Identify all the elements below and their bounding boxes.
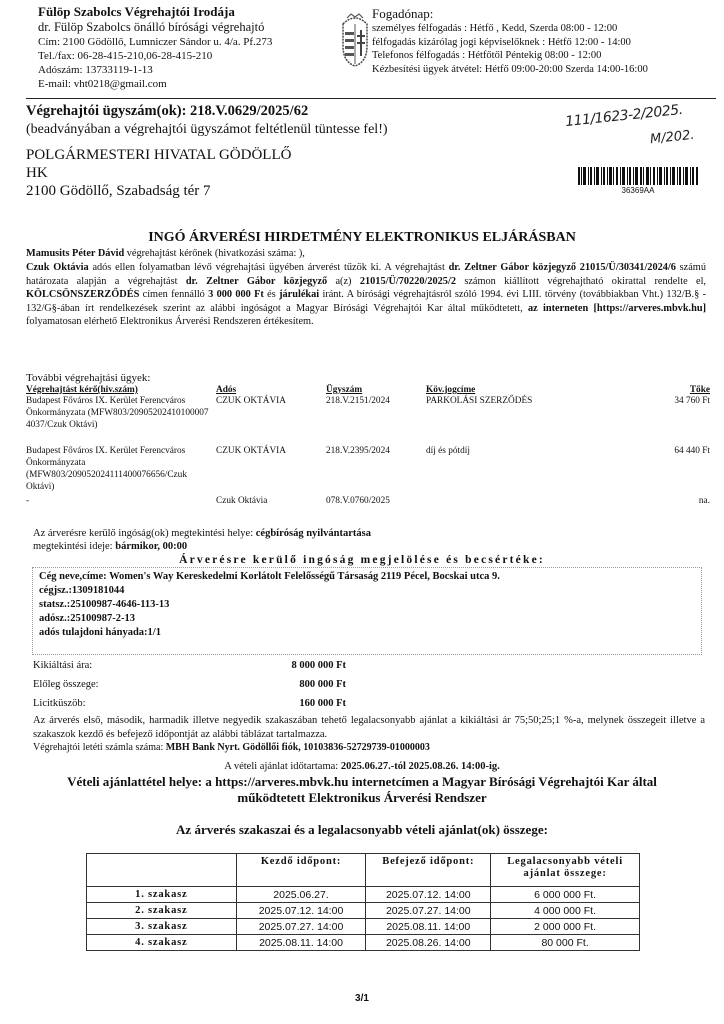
- cell-min-offer: 80 000 Ft.: [491, 935, 640, 951]
- intro-paragraph: Czuk Oktávia adós ellen folyamatban lévő…: [26, 261, 706, 329]
- cell-end: 2025.07.27. 14:00: [366, 903, 491, 919]
- recipient-name: POLGÁRMESTERI HIVATAL GÖDÖLLŐ: [26, 146, 291, 164]
- cell-start: 2025.07.27. 14:00: [236, 919, 366, 935]
- property-stat-no: statsz.:25100987-4646-113-13: [39, 598, 695, 612]
- col-end: Befejező időpont:: [366, 854, 491, 887]
- col-title: Köv.jogcíme: [426, 385, 616, 395]
- bid-increment-label: Licitküszöb:: [33, 698, 86, 709]
- table-row: Budapest Főváros IX. Kerület Ferencváros…: [26, 445, 710, 495]
- cell-amount: na.: [616, 495, 710, 507]
- text: a(z): [327, 276, 360, 287]
- case-number-note: (beadványában a végrehajtói ügyszámot fe…: [26, 122, 388, 138]
- cell-case-no: 078.V.0760/2025: [326, 495, 426, 507]
- viewing-place-label: Az árverésre kerülő ingóság(ok) megtekin…: [33, 528, 256, 539]
- barcode-number: 36369AA: [578, 186, 698, 195]
- property-heading: Árverésre kerülő ingóság megjelölése és …: [0, 554, 724, 566]
- coat-of-arms-icon: [335, 10, 375, 68]
- col-debtor: Adós: [216, 385, 326, 395]
- creditor-name: Mamusits Péter Dávid: [26, 248, 124, 259]
- account-label: Végrehajtói letéti számla száma:: [33, 742, 166, 753]
- starting-price-value: 8 000 000 Ft: [230, 660, 346, 671]
- table-row: 1. szakasz 2025.06.27. 2025.07.12. 14:00…: [87, 887, 640, 903]
- office-name: Fülöp Szabolcs Végrehajtói Irodája: [38, 4, 328, 20]
- auction-link[interactable]: az interneten [https://arveres.mbvk.hu]: [528, 303, 706, 314]
- office-tax-id: Adószám: 13733119-1-13: [38, 63, 328, 77]
- viewing-time-label: megtekintési ideje:: [33, 541, 115, 552]
- cell-debtor: Czuk Oktávia: [216, 495, 326, 507]
- col-creditor: Végrehajtást kérő(hiv.szám): [26, 385, 216, 395]
- cell-min-offer: 2 000 000 Ft.: [491, 919, 640, 935]
- reception-title: Fogadónap:: [372, 6, 722, 22]
- offer-period-label: A vételi ajánlat időtartama:: [224, 761, 341, 772]
- stage-note: Az árverés első, második, harmadik illet…: [33, 714, 705, 741]
- cell-case-no: 218.V.2151/2024: [326, 395, 426, 445]
- text: adós ellen folyamatban lévő végrehajtási…: [89, 262, 449, 273]
- viewing-time: megtekintési ideje: bármikor, 00:00: [33, 541, 187, 552]
- document-title: INGÓ ÁRVERÉSI HIRDETMÉNY ELEKTRONIKUS EL…: [0, 230, 724, 246]
- account-line: Végrehajtói letéti számla száma: MBH Ban…: [33, 741, 713, 755]
- col-amount: Tőke: [616, 385, 710, 395]
- cell-title: [426, 495, 616, 507]
- table-row: Budapest Főváros IX. Kerület Ferencváros…: [26, 395, 710, 445]
- cell-title: PARKOLÁSI SZERZŐDÉS: [426, 395, 616, 445]
- property-reg-no: cégjsz.:1309181044: [39, 584, 695, 598]
- property-ownership: adós tulajdoni hányada:1/1: [39, 626, 695, 640]
- cell-start: 2025.07.12. 14:00: [236, 903, 366, 919]
- text: folyamatosan elérhető Elektronikus Árver…: [26, 316, 314, 327]
- offer-place-line1: Vételi ajánlattétel helye: a https://arv…: [0, 774, 724, 790]
- reception-hours: Fogadónap: személyes félfogadás : Hétfő …: [372, 6, 722, 76]
- deposit-value: 800 000 Ft: [230, 679, 346, 690]
- page-number: 3/1: [0, 993, 724, 1004]
- creditor-text: végrehajtást kérőnek (hivatkozási száma:…: [124, 248, 305, 259]
- property-tax-no: adósz.:25100987-2-13: [39, 612, 695, 626]
- table-row: 3. szakasz 2025.07.27. 14:00 2025.08.11.…: [87, 919, 640, 935]
- cell-creditor: Budapest Főváros IX. Kerület Ferencváros…: [26, 395, 216, 445]
- cell-stage: 3. szakasz: [87, 919, 237, 935]
- cell-debtor: CZUK OKTÁVIA: [216, 445, 326, 495]
- cell-title: díj és pótdíj: [426, 445, 616, 495]
- other-cases-table: Végrehajtást kérő(hiv.szám) Adós Ügyszám…: [26, 385, 710, 507]
- cell-end: 2025.08.26. 14:00: [366, 935, 491, 951]
- cell-min-offer: 6 000 000 Ft.: [491, 887, 640, 903]
- office-address: Cím: 2100 Gödöllő, Lumniczer Sándor u. 4…: [38, 35, 328, 49]
- handwritten-reference-2: M/202.: [649, 128, 695, 148]
- notary-name: dr. Zeltner Gábor közjegyző: [186, 276, 327, 287]
- table-row: - Czuk Oktávia 078.V.0760/2025 na.: [26, 495, 710, 507]
- col-stage: [87, 854, 237, 887]
- auction-stages-table: Kezdő időpont: Befejező időpont: Legalac…: [86, 853, 640, 951]
- text: és: [264, 289, 279, 300]
- header-divider: [26, 98, 716, 99]
- cell-creditor: Budapest Főváros IX. Kerület Ferencváros…: [26, 445, 216, 495]
- debtor-name: Czuk Oktávia: [26, 262, 89, 273]
- property-box: Cég neve,címe: Women's Way Kereskedelmi …: [32, 567, 702, 655]
- table-header-row: Kezdő időpont: Befejező időpont: Legalac…: [87, 854, 640, 887]
- other-cases-title: További végrehajtási ügyek:: [26, 372, 150, 384]
- offer-period-value: 2025.06.27.-tól 2025.08.26. 14:00-ig.: [341, 761, 500, 772]
- text: címen fennálló: [139, 289, 208, 300]
- property-company: Cég neve,címe: Women's Way Kereskedelmi …: [39, 570, 695, 584]
- recipient-address: POLGÁRMESTERI HIVATAL GÖDÖLLŐ HK 2100 Gö…: [26, 146, 291, 200]
- cell-min-offer: 4 000 000 Ft.: [491, 903, 640, 919]
- viewing-place-value: cégbíróság nyilvántartása: [256, 528, 371, 539]
- reception-line: személyes félfogadás : Hétfő , Kedd, Sze…: [372, 22, 722, 36]
- claim-amount: 3 000 000 Ft: [208, 289, 264, 300]
- table-header-row: Végrehajtást kérő(hiv.szám) Adós Ügyszám…: [26, 385, 710, 395]
- account-value: MBH Bank Nyrt. Gödöllői fiók, 10103836-5…: [166, 742, 430, 753]
- cell-amount: 34 760 Ft: [616, 395, 710, 445]
- cell-stage: 4. szakasz: [87, 935, 237, 951]
- col-min-offer: Legalacsonyabb vételi ajánlat összege:: [491, 854, 640, 887]
- cell-start: 2025.06.27.: [236, 887, 366, 903]
- cell-start: 2025.08.11. 14:00: [236, 935, 366, 951]
- table-row: 2. szakasz 2025.07.12. 14:00 2025.07.27.…: [87, 903, 640, 919]
- creditor-line: Mamusits Péter Dávid végrehajtást kérőne…: [26, 247, 706, 261]
- col-case-no: Ügyszám: [326, 385, 426, 395]
- text: számon kiállított végrehajtható okiratta…: [456, 276, 706, 287]
- cell-case-no: 218.V.2395/2024: [326, 445, 426, 495]
- recipient-street: 2100 Gödöllő, Szabadság tér 7: [26, 182, 291, 200]
- reception-line: félfogadás kizárólag jogi képviselőknek …: [372, 36, 722, 50]
- cell-creditor: -: [26, 495, 216, 507]
- recipient-dept: HK: [26, 164, 291, 182]
- barcode-icon: [578, 167, 698, 185]
- office-header: Fülöp Szabolcs Végrehajtói Irodája dr. F…: [38, 4, 328, 91]
- viewing-time-value: bármikor, 00:00: [115, 541, 187, 552]
- starting-price-label: Kikiáltási ára:: [33, 660, 92, 671]
- cell-end: 2025.07.12. 14:00: [366, 887, 491, 903]
- officer-name: dr. Fülöp Szabolcs önálló bírósági végre…: [38, 20, 328, 35]
- col-start: Kezdő időpont:: [236, 854, 366, 887]
- cell-amount: 64 440 Ft: [616, 445, 710, 495]
- writ-number: 21015/Ü/70220/2025/2: [360, 276, 456, 287]
- bid-increment-value: 160 000 Ft: [230, 698, 346, 709]
- cell-debtor: CZUK OKTÁVIA: [216, 395, 326, 445]
- case-number: Végrehajtói ügyszám(ok): 218.V.0629/2025…: [26, 103, 308, 120]
- office-phone: Tel./fax: 06-28-415-210,06-28-415-210: [38, 49, 328, 63]
- cell-stage: 2. szakasz: [87, 903, 237, 919]
- viewing-place: Az árverésre kerülő ingóság(ok) megtekin…: [33, 528, 371, 539]
- offer-place-line2: működtetett Elektronikus Árverési Rendsz…: [0, 790, 724, 806]
- stages-title: Az árverés szakaszai és a legalacsonyabb…: [0, 822, 724, 838]
- notary-ref: dr. Zeltner Gábor közjegyző 21015/Ü/3034…: [449, 262, 676, 273]
- offer-period: A vételi ajánlat időtartama: 2025.06.27.…: [0, 761, 724, 772]
- reception-line: Kézbesítési ügyek átvétel: Hétfő 09:00-2…: [372, 63, 722, 77]
- reception-line: Telefonos félfogadás : Hétfőtől Péntekig…: [372, 49, 722, 63]
- handwritten-reference: 111/1623-2/2025.: [564, 102, 683, 130]
- cell-end: 2025.08.11. 14:00: [366, 919, 491, 935]
- cell-stage: 1. szakasz: [87, 887, 237, 903]
- table-row: 4. szakasz 2025.08.11. 14:00 2025.08.26.…: [87, 935, 640, 951]
- text-bold: járulékai: [279, 289, 319, 300]
- office-email: E-mail: vht0218@gmail.com: [38, 77, 328, 91]
- deposit-label: Előleg összege:: [33, 679, 99, 690]
- claim-title: KÖLCSÖNSZERZŐDÉS: [26, 289, 139, 300]
